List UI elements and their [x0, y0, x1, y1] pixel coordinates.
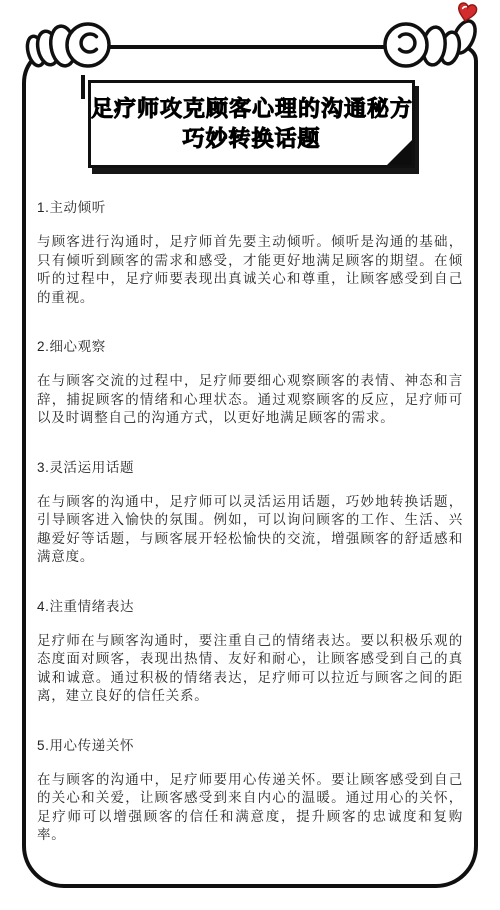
section-3: 3.灵活运用话题 在与顾客的沟通中，足疗师可以灵活运用话题，巧妙地转换话题，引导…	[37, 458, 463, 567]
page-title-line1: 足疗师攻克顾客心理的沟通秘方	[91, 94, 412, 124]
section-body: 在与顾客的沟通中，足疗师要用心传递关怀。要让顾客感受到自己的关心和关爱，让顾客感…	[37, 771, 463, 845]
title-accent-tick	[81, 75, 85, 99]
section-body: 在与顾客交流的过程中，足疗师要细心观察顾客的表情、神态和言辞，捕捉顾客的情绪和心…	[37, 372, 463, 428]
page-title-line2: 巧妙转换话题	[91, 124, 412, 154]
section-body: 足疗师在与顾客沟通时，要注重自己的情绪表达。要以积极乐观的态度面对顾客，表现出热…	[37, 632, 463, 706]
heart-icon	[456, 2, 477, 23]
section-heading: 3.灵活运用话题	[37, 458, 463, 477]
section-heading: 4.注重情绪表达	[37, 597, 463, 616]
article-content: 1.主动倾听 与顾客进行沟通时，足疗师首先要主动倾听。倾听是沟通的基础，只有倾听…	[37, 198, 463, 875]
section-heading: 5.用心传递关怀	[37, 736, 463, 755]
section-5: 5.用心传递关怀 在与顾客的沟通中，足疗师要用心传递关怀。要让顾客感受到自己的关…	[37, 736, 463, 845]
section-heading: 2.细心观察	[37, 337, 463, 356]
section-heading: 1.主动倾听	[37, 198, 463, 217]
section-2: 2.细心观察 在与顾客交流的过程中，足疗师要细心观察顾客的表情、神态和言辞，捕捉…	[37, 337, 463, 428]
section-4: 4.注重情绪表达 足疗师在与顾客沟通时，要注重自己的情绪表达。要以积极乐观的态度…	[37, 597, 463, 706]
title-box: 足疗师攻克顾客心理的沟通秘方 巧妙转换话题	[88, 80, 415, 168]
section-body: 在与顾客的沟通中，足疗师可以灵活运用话题，巧妙地转换话题，引导顾客进入愉快的氛围…	[37, 493, 463, 567]
section-1: 1.主动倾听 与顾客进行沟通时，足疗师首先要主动倾听。倾听是沟通的基础，只有倾听…	[37, 198, 463, 307]
section-body: 与顾客进行沟通时，足疗师首先要主动倾听。倾听是沟通的基础，只有倾听到顾客的需求和…	[37, 233, 463, 307]
